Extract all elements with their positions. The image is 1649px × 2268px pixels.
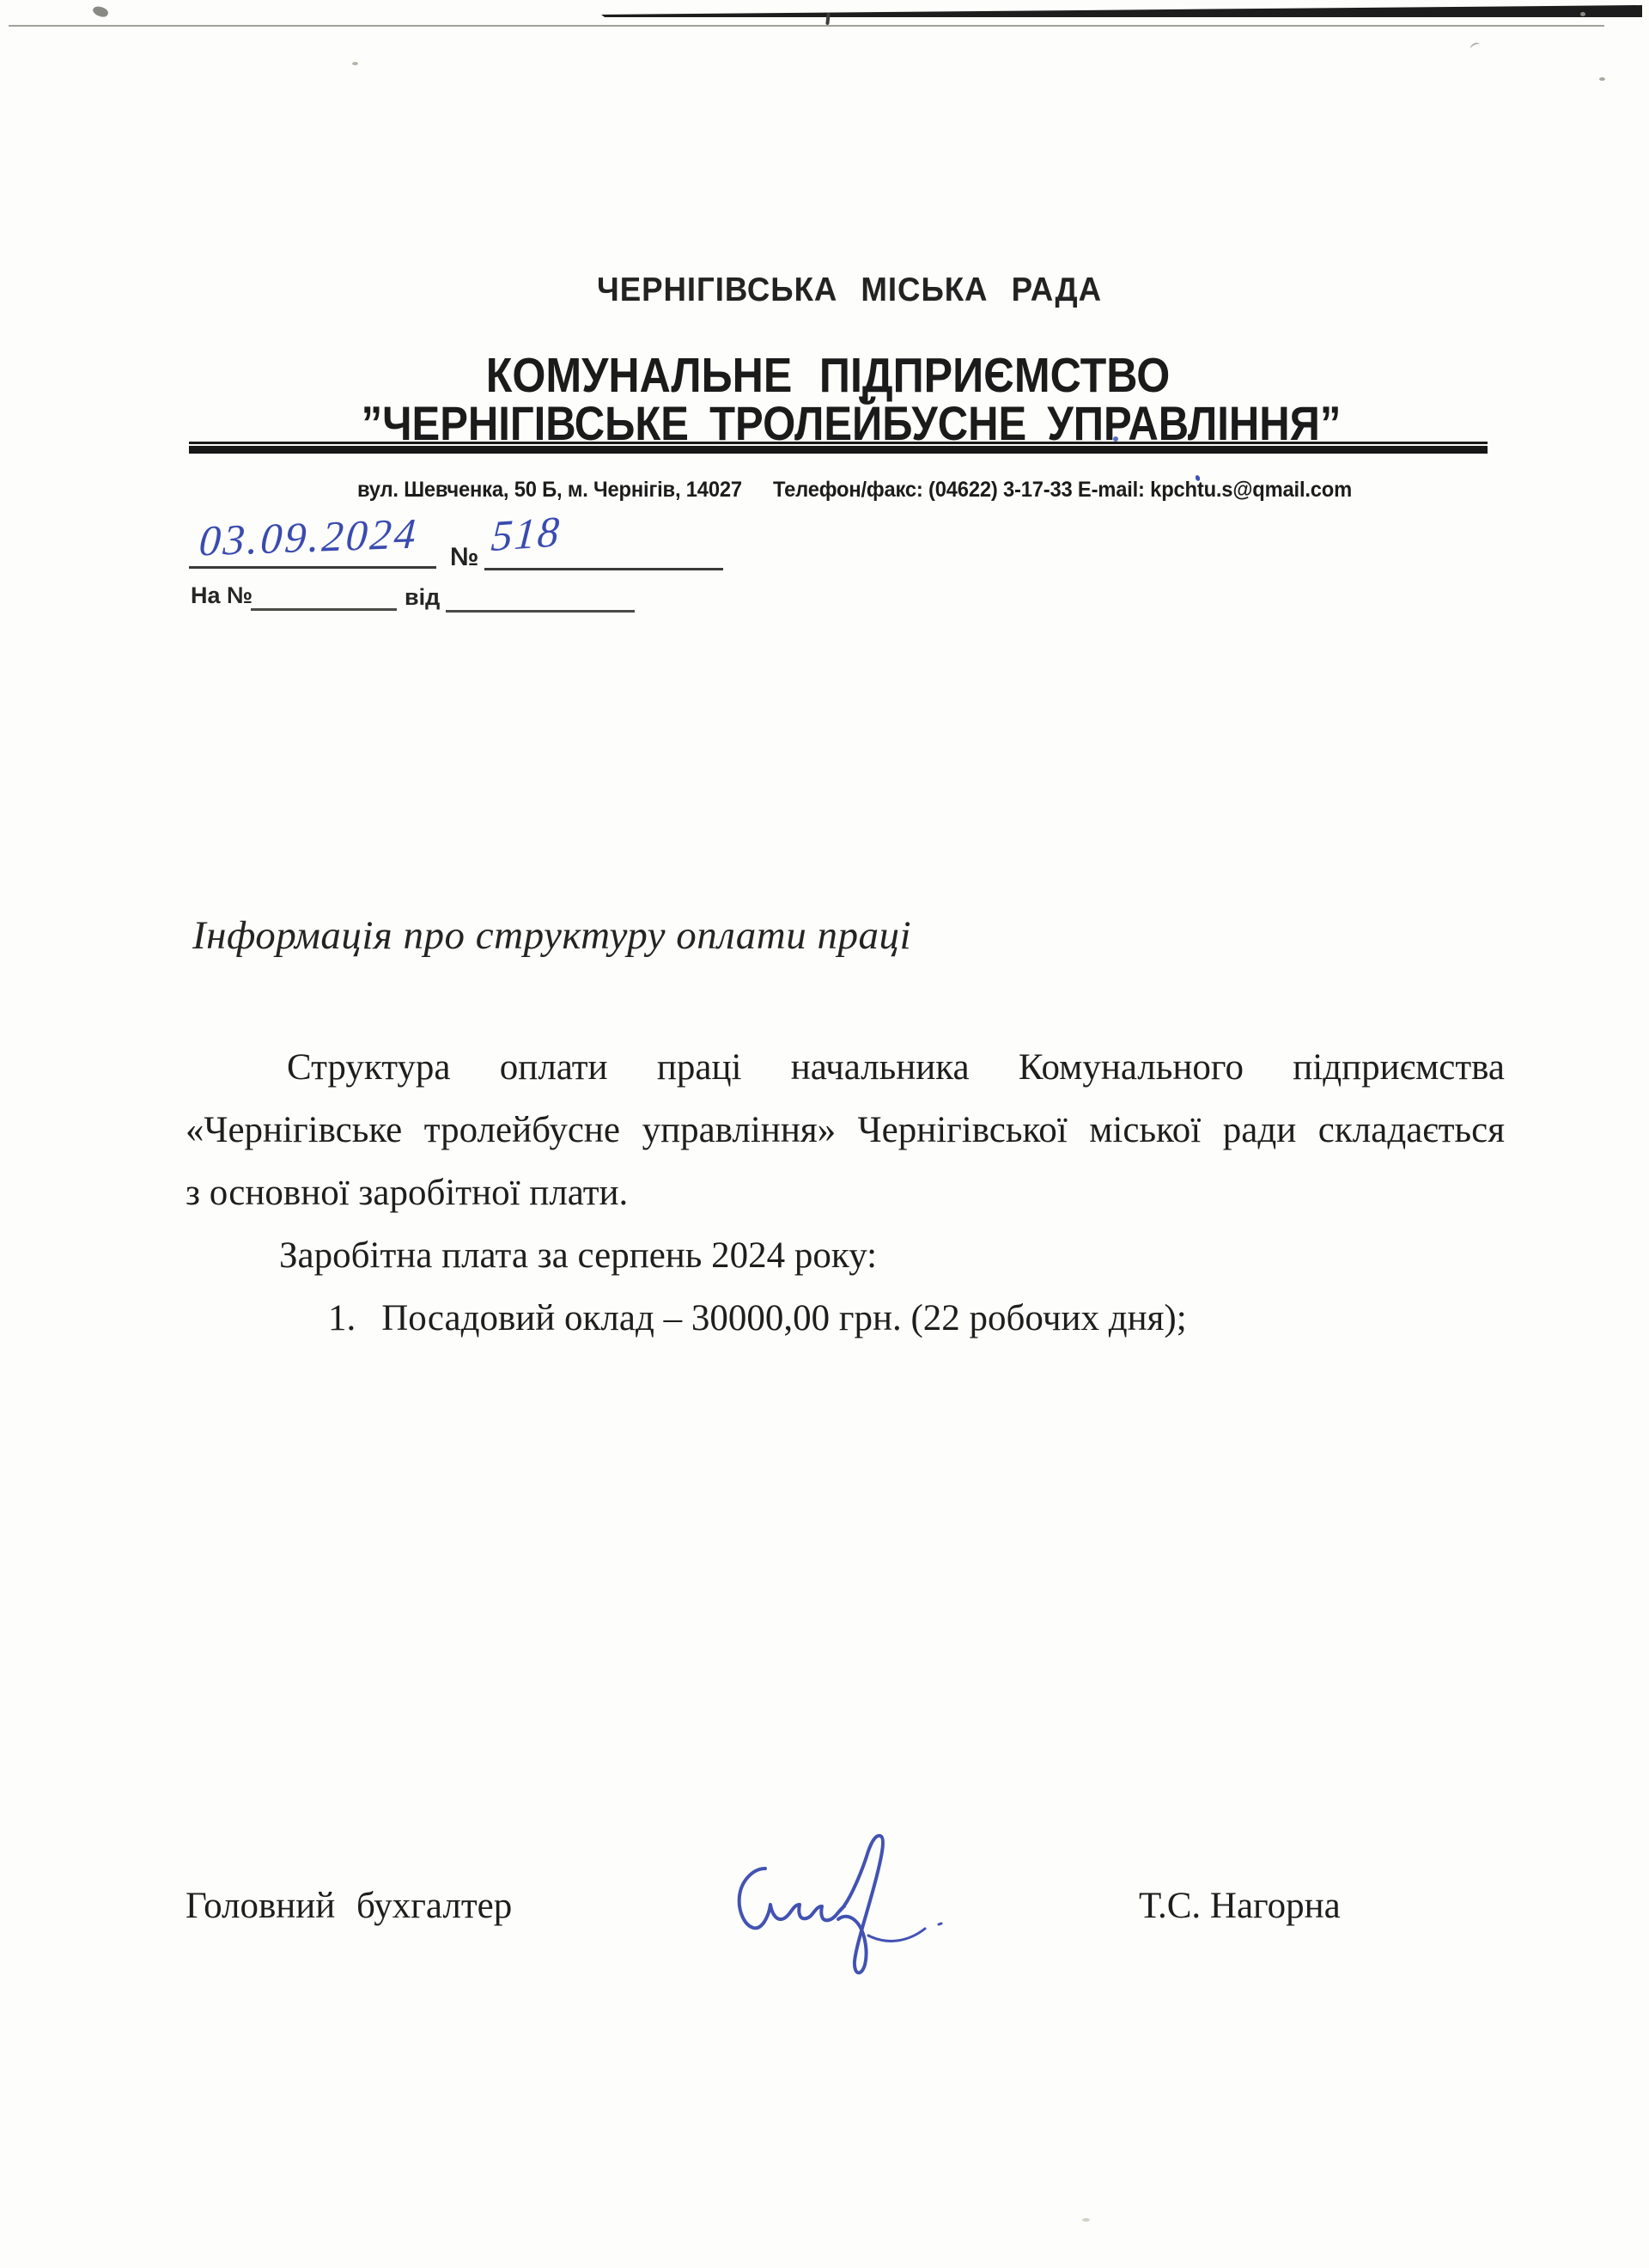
scan-artifact-dot	[1599, 77, 1605, 81]
paragraph-line: з основної заробітної плати.	[186, 1161, 1505, 1224]
letter-body: Структура оплати праці начальника Комуна…	[186, 1036, 1505, 1350]
scan-artifact-dot	[1082, 2218, 1090, 2222]
signatory-name: Т.С. Нагорна	[1139, 1885, 1341, 1927]
paragraph-line: «Чернігівське тролейбусне управління» Че…	[186, 1099, 1505, 1161]
scan-artifact-dot	[352, 62, 358, 65]
number-sign-label: №	[450, 543, 478, 572]
salary-heading: Заробітна плата за серпень 2024 року:	[186, 1224, 1505, 1287]
list-item-text: Посадовий оклад – 30000,00 грн. (22 робо…	[381, 1298, 1186, 1338]
top-scan-line	[9, 25, 1604, 27]
org-address: вул. Шевченка, 50 Б, м. Чернігів, 14027	[357, 478, 742, 503]
paragraph-line: Структура оплати праці начальника Комуна…	[186, 1036, 1505, 1099]
reply-date-underline	[446, 610, 635, 613]
org-phone-email: Телефон/факс: (04622) 3-17-33 E-mail: kp…	[773, 478, 1352, 503]
outgoing-date-handwritten: 03.09.2024	[198, 508, 420, 565]
list-item: 1.Посадовий оклад – 30000,00 грн. (22 ро…	[186, 1287, 1505, 1350]
number-underline	[484, 568, 723, 570]
scanned-letter-page: ЧЕРНІГІВСЬКА МІСЬКА РАДА КОМУНАЛЬНЕ ПІДП…	[0, 0, 1649, 2268]
reply-number-underline	[251, 608, 397, 611]
handwritten-signature	[726, 1826, 949, 1980]
reply-date-label: від	[405, 584, 440, 611]
date-underline	[189, 566, 436, 569]
list-marker: 1.	[328, 1287, 356, 1350]
subject-line: Інформація про структуру оплати праці	[192, 912, 911, 959]
scan-artifact-dot	[1580, 12, 1585, 16]
reply-number-label: На №	[191, 582, 253, 609]
org-parent-name: ЧЕРНІГІВСЬКА МІСЬКА РАДА	[98, 271, 1601, 309]
signatory-position-title: Головний бухгалтер	[186, 1885, 512, 1927]
letterhead-divider-rule	[189, 442, 1488, 454]
top-edge-shadow	[0, 0, 1649, 26]
letterhead-contact-row: вул. Шевченка, 50 Б, м. Чернігів, 14027 …	[100, 478, 1609, 503]
scan-artifact-curl	[1469, 41, 1482, 52]
outgoing-number-handwritten: 518	[490, 506, 563, 561]
